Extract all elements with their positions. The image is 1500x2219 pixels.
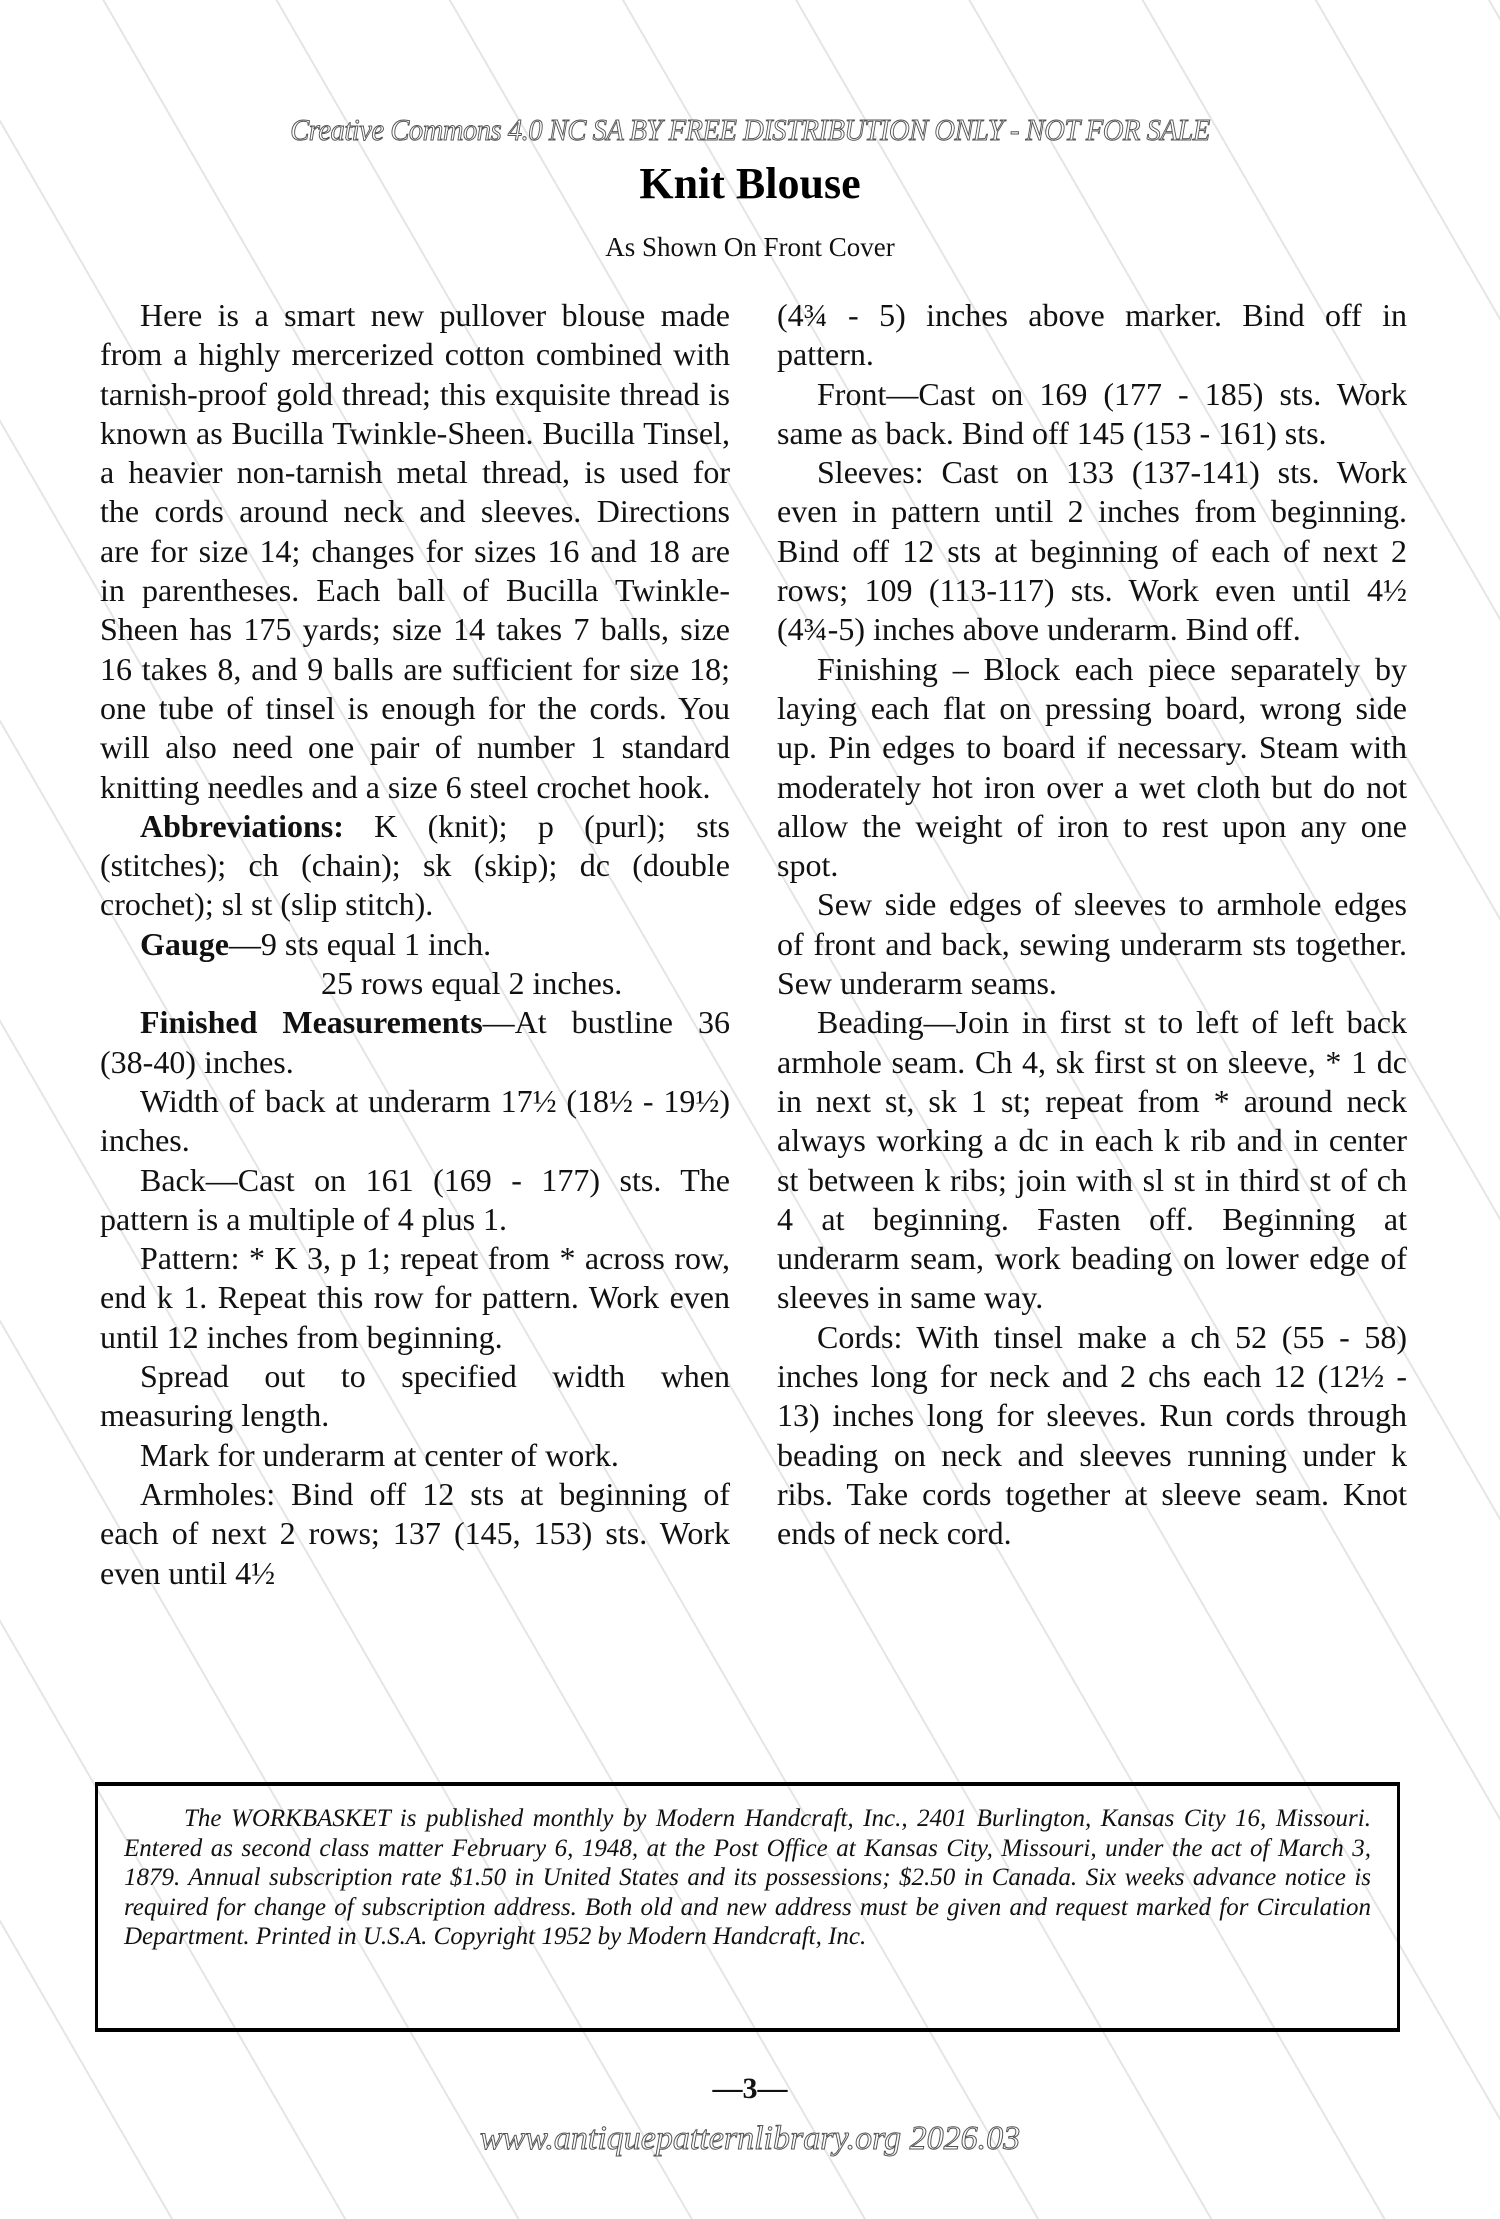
mark-paragraph: Mark for underarm at center of work. [100,1436,730,1475]
sew-paragraph: Sew side edges of sleeves to armhole edg… [777,885,1407,1003]
intro-paragraph: Here is a smart new pullover blouse made… [100,296,730,807]
pattern-paragraph: Pattern: * K 3, p 1; repeat from * acros… [100,1239,730,1357]
finished-paragraph: Finished Measurements—At bustline 36 (38… [100,1003,730,1082]
spread-paragraph: Spread out to specified width when measu… [100,1357,730,1436]
cords-paragraph: Cords: With tinsel make a ch 52 (55 - 58… [777,1318,1407,1554]
back-paragraph: Back—Cast on 161 (169 - 177) sts. The pa… [100,1161,730,1240]
beading-paragraph: Beading—Join in first st to left of left… [777,1003,1407,1317]
continued-paragraph: (4¾ - 5) inches above marker. Bind off i… [777,296,1407,375]
page-number: —3— [0,2072,1500,2106]
gauge-label: Gauge [140,926,229,962]
abbreviations-label: Abbreviations: [140,808,344,844]
gauge-rows: 25 rows equal 2 inches. [100,964,730,1003]
armholes-paragraph: Armholes: Bind off 12 sts at beginning o… [100,1475,730,1593]
publication-notice-text: The WORKBASKET is published monthly by M… [124,1804,1371,1952]
notice-indent [124,1805,184,1832]
width-paragraph: Width of back at underarm 17½ (18½ - 19½… [100,1082,730,1161]
notice-body: The WORKBASKET is published monthly by M… [124,1805,1371,1950]
site-url: www.antiquepatternlibrary.org 2026.03 [0,2120,1500,2158]
front-paragraph: Front—Cast on 169 (177 - 185) sts. Work … [777,375,1407,454]
license-banner: Creative Commons 4.0 NC SA BY FREE DISTR… [60,112,1440,148]
abbreviations-paragraph: Abbreviations: K (knit); p (purl); sts (… [100,807,730,925]
gauge-paragraph: Gauge—9 sts equal 1 inch. [100,925,730,964]
finished-label: Finished Measurements [140,1004,483,1040]
right-column: (4¾ - 5) inches above marker. Bind off i… [777,296,1407,1554]
page-subtitle: As Shown On Front Cover [0,232,1500,263]
sleeves-paragraph: Sleeves: Cast on 133 (137-141) sts. Work… [777,453,1407,649]
page-title: Knit Blouse [0,158,1500,209]
gauge-text: —9 sts equal 1 inch. [229,926,491,962]
finishing-paragraph: Finishing – Block each piece separately … [777,650,1407,886]
left-column: Here is a smart new pullover blouse made… [100,296,730,1593]
publication-notice-box: The WORKBASKET is published monthly by M… [95,1782,1400,2032]
